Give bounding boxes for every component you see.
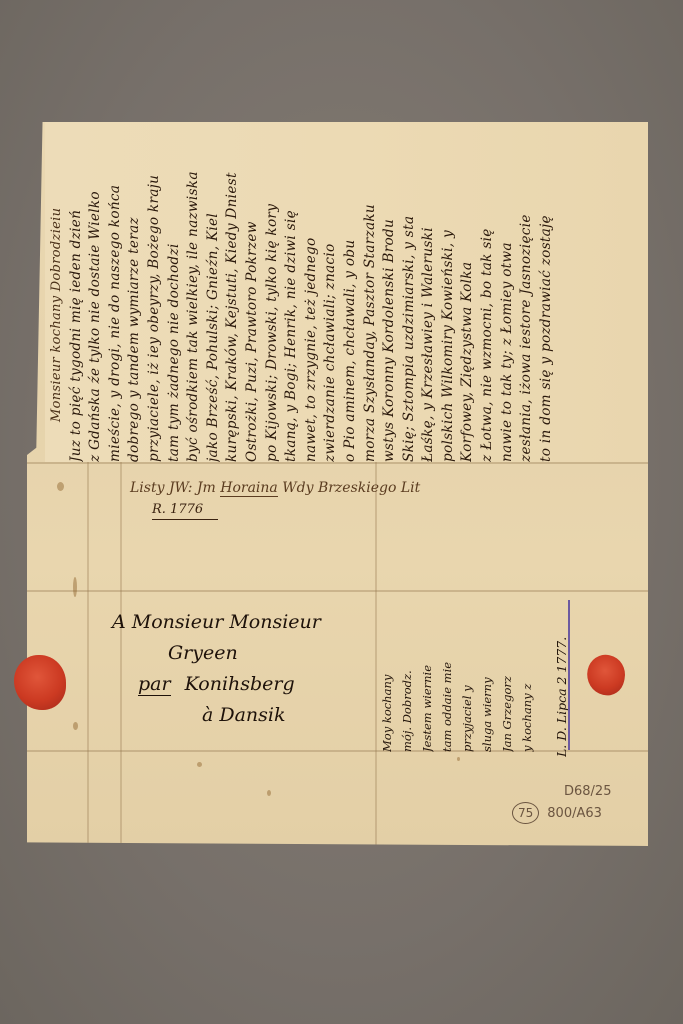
shelfmark-primary: D68/25 bbox=[564, 782, 611, 802]
side-note-date-text: L. D. Lipca 2 1777. bbox=[551, 597, 573, 757]
ink-stain bbox=[57, 482, 64, 491]
side-note-line: Moy kochany bbox=[377, 592, 397, 752]
docket-name: Horaina bbox=[220, 480, 278, 497]
ink-stain bbox=[73, 577, 77, 597]
letter-line: Korfowey, Ziędzystwa Kolka bbox=[458, 122, 478, 462]
letter-salutation: Monsieur kochany Dobrodzieiu bbox=[47, 122, 67, 462]
letter-line: to in dom się y pozdrawiać zostaję bbox=[537, 122, 557, 462]
letter-line: tkaną, y Bogi; Henrik, nie dziwi się bbox=[282, 122, 302, 462]
side-note-date: L. D. Lipca 2 1777. bbox=[551, 597, 575, 757]
shelfmark-circled-number: 75 bbox=[512, 802, 539, 824]
ink-stain bbox=[73, 722, 78, 730]
letter-text-rotated: Monsieur kochany Dobrodzieiu Juz to pięć… bbox=[47, 122, 556, 462]
letter-line: nawet, to zrzygnie, też jednego bbox=[302, 122, 322, 462]
ink-stain bbox=[197, 762, 202, 767]
letter-line: wstys Koronny Kordolenski Brodu bbox=[380, 122, 400, 462]
letter-line: Łaśkę, y Krzesławiey i Waleruski bbox=[419, 122, 439, 462]
fold-line-vertical bbox=[87, 462, 89, 846]
side-note-line: mój. Dobrodz. bbox=[397, 592, 417, 752]
letter-line: z Łotwa, nie wzmocni, bo tak się bbox=[478, 122, 498, 462]
letter-line: zesłania, iżowa iestore Jasnozięcie bbox=[517, 122, 537, 462]
side-note: Moy kochany mój. Dobrodz. Jestem wiernie… bbox=[377, 592, 547, 752]
address-line-recipient-title: A Monsieur Monsieur bbox=[112, 607, 321, 638]
letter-line: mieście, y drogi, nie do naszego końca bbox=[106, 122, 126, 462]
side-note-line: y kochany z bbox=[517, 592, 537, 752]
letter-sheet: Monsieur kochany Dobrodzieiu Juz to pięć… bbox=[27, 122, 648, 846]
side-note-line: Jestem wiernie bbox=[417, 592, 437, 752]
letter-line: o Pio aminem, chcławali, y obu bbox=[341, 122, 361, 462]
letter-line: być ośrodkiem tak wielkiey, ile nazwiska bbox=[184, 122, 204, 462]
letter-line: tam tym żadnego nie dochodzi bbox=[165, 122, 185, 462]
letter-line: zwierdzanie chcławiali; znacio bbox=[321, 122, 341, 462]
shelfmark-secondary: 800/A63 bbox=[547, 806, 602, 821]
letter-line: morza Szysłanday, Pasztor Starzaku bbox=[361, 122, 381, 462]
wax-seal-left bbox=[14, 655, 66, 710]
annotation-rule-line bbox=[568, 600, 570, 750]
address-line-destination: à Dansik bbox=[202, 700, 321, 731]
docket-text: Listy JW: Jm bbox=[130, 480, 216, 496]
ink-stain bbox=[457, 757, 460, 761]
address-route-city: Konihsberg bbox=[185, 673, 295, 695]
letter-line: przyiaciele, iż iey obeyrzy, Bożego kraj… bbox=[145, 122, 165, 462]
letter-line: kurępski, Kraków, Kejstuti, Kiedy Dniest bbox=[223, 122, 243, 462]
archival-docket: Listy JW: Jm Horaina Wdy Brzeskiego Lit … bbox=[130, 480, 420, 520]
letter-line: po Kijowski; Drowski, tylko kię kory bbox=[263, 122, 283, 462]
ink-stain bbox=[267, 790, 271, 796]
letter-line: nawie to tak ty; z Łomiey otwa bbox=[498, 122, 518, 462]
side-note-line: Jan Grzegorz bbox=[497, 592, 517, 752]
address-panel: A Monsieur Monsieur Gryeen parKonihsberg… bbox=[112, 607, 321, 731]
letter-line: Skię; Sztompia uzdzimiarski, y sta bbox=[400, 122, 420, 462]
letter-line: polskich Wilkomiry Kowieński, y bbox=[439, 122, 459, 462]
letter-body: Monsieur kochany Dobrodzieiu Juz to pięć… bbox=[47, 122, 647, 462]
docket-text: Wdy Brzeskiego Lit bbox=[282, 480, 420, 496]
archival-shelfmarks: D68/25 75800/A63 bbox=[512, 782, 611, 824]
side-note-line: przyjaciel y bbox=[457, 592, 477, 752]
letter-line: Ostrożki, Puzi, Prawtoro Pokrzew bbox=[243, 122, 263, 462]
address-line-name: Gryeen bbox=[168, 638, 321, 669]
letter-line: z Gdańska źe tylko nie dostaie Wielko bbox=[86, 122, 106, 462]
address-line-route: parKonihsberg bbox=[138, 669, 321, 700]
letter-line: jako Brześć, Pohulski; Gnieźn, Kiel bbox=[204, 122, 224, 462]
letter-line: dobrego y tandem wymiarze teraz bbox=[125, 122, 145, 462]
side-note-line: tam oddaie mie bbox=[437, 592, 457, 752]
letter-line: Juz to pięć tygodni mię ieden dzień bbox=[67, 122, 87, 462]
docket-year: R. 1776 bbox=[152, 502, 218, 520]
side-note-line: sluga wierny bbox=[477, 592, 497, 752]
side-note-text-rotated: Moy kochany mój. Dobrodz. Jestem wiernie… bbox=[377, 592, 537, 752]
address-route-prefix: par bbox=[138, 673, 171, 696]
